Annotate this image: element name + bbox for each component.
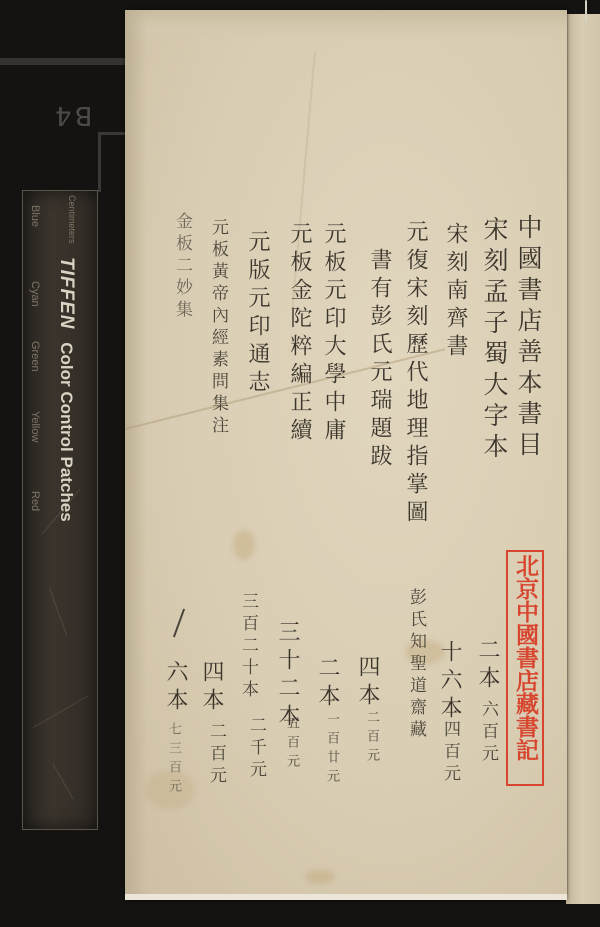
entry-7-price: 二百元 (204, 722, 229, 788)
paper-stain (305, 870, 335, 884)
entry-3-note: 彭氏知聖道齋藏 (404, 588, 429, 742)
entry-3-price: 二百元 (362, 710, 381, 767)
seal-text: 北京中國書店藏書記 (510, 554, 540, 761)
strip-scratch (53, 764, 74, 799)
entry-1-title: 宋刻孟子蜀大字本 (476, 216, 512, 464)
entry-6-price: 二千元 (244, 716, 269, 782)
entry-4-price: 一百廿元 (322, 712, 341, 788)
color-calibration-strip: Centimeters Blue Cyan Green Yellow Red T… (22, 190, 98, 830)
entry-1-volumes: 二本 (472, 638, 503, 694)
strip-label-green: Green (29, 341, 41, 372)
entry-3-volumes: 四本 (352, 655, 383, 711)
entry-3-title: 元復宋刻歷代地理指掌圖 (400, 220, 431, 528)
strip-label-blue: Blue (29, 205, 41, 227)
red-collector-seal: 北京中國書店藏書記 (506, 550, 544, 786)
strip-brand-text: TIFFEN Color Control Patches (55, 257, 77, 522)
entry-8-volumes: 六本 (160, 660, 191, 716)
adjacent-page (566, 14, 600, 904)
strip-title: Color Control Patches (57, 342, 76, 521)
entry-2-price: 四百元 (438, 720, 463, 786)
board-label: B4 (52, 100, 92, 130)
entry-2-title: 宋刻南齊書 (440, 222, 471, 362)
entry-4-title: 元板元印大學中庸 (318, 222, 349, 446)
board-bracket-mark (98, 132, 128, 192)
strip-label-yellow: Yellow (29, 411, 41, 442)
strip-scratch (49, 588, 67, 635)
catalog-title: 中國書店善本書目 (510, 214, 546, 462)
strip-top-label: Centimeters (67, 195, 77, 244)
entry-8-price: 七三百元 (164, 722, 183, 798)
entry-4-volumes: 二本 (312, 656, 343, 712)
entry-8-title: 金板二妙集 (170, 212, 195, 322)
entry-2-volumes: 十六本 (434, 640, 465, 724)
strip-label-red: Red (29, 491, 41, 511)
entry-5-price: 五百元 (282, 716, 301, 773)
paper-stain (233, 530, 255, 560)
entry-3-remark: 書有彭氏元瑞題跋 (364, 248, 395, 472)
binding-thread (585, 0, 587, 22)
page-bottom-edge (125, 894, 567, 900)
strip-scratch (33, 695, 89, 728)
entry-7-volumes: 四本 (196, 660, 227, 716)
entry-7-title: 元板黃帝內經素問集注 (206, 218, 231, 438)
entry-1-price: 六百元 (476, 700, 501, 766)
entry-5-title: 元板金陀粹編正續 (284, 222, 315, 446)
strip-label-cyan: Cyan (29, 281, 41, 307)
worn-left-edge (125, 10, 147, 900)
worn-top-edge (125, 10, 567, 40)
board-ruler-line (0, 58, 128, 65)
entry-6-volumes: 三百二十本 (236, 592, 261, 702)
entry-6-title: 元版元印通志 (242, 230, 273, 398)
tiffen-logo: TIFFEN (56, 257, 77, 330)
